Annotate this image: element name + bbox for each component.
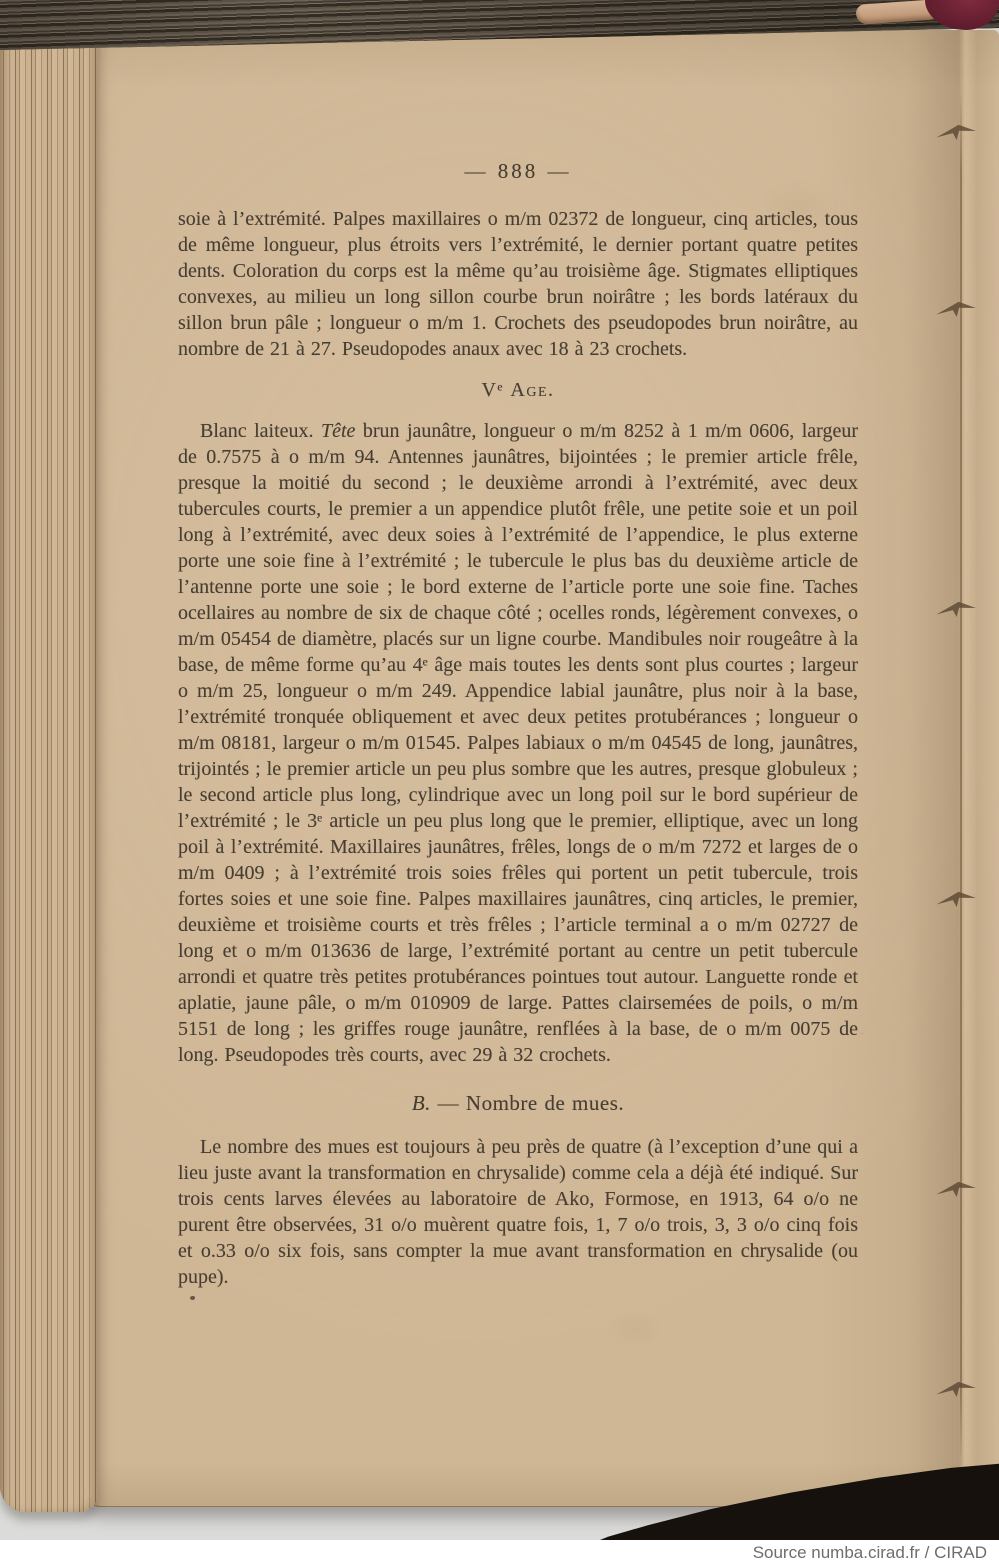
page-edge-stack [0,26,98,1512]
section-heading-nombre-de-mues: B. — Nombre de mues. [178,1090,858,1116]
stitch-thread [935,300,976,318]
section-heading-title: — Nombre de mues. [431,1091,624,1115]
stitch-thread [935,1380,976,1398]
paragraph-ve-age-italic-word: Tête [321,420,355,442]
ink-speck [190,1296,195,1300]
stitch-thread [935,600,976,618]
stitch-thread [935,123,976,141]
section-heading-letter: B. [412,1091,431,1115]
section-heading-ve-age-text: Vᵉ Age. [481,379,554,401]
book-page: — 888 — soie à l’extrémité. Palpes maxil… [88,30,999,1507]
paragraph-nombre-de-mues-text: Le nombre des mues est toujours à peu pr… [178,1136,858,1288]
stitch-thread [935,890,976,908]
paragraph-continuation-text: soie à l’extrémité. Palpes maxillaires o… [178,208,858,360]
page-number: — 888 — [178,158,858,184]
section-heading-ve-age: Vᵉ Age. [178,377,858,403]
source-attribution-text: Source numba.cirad.fr / CIRAD [753,1543,987,1562]
source-attribution-bar: Source numba.cirad.fr / CIRAD [0,1540,999,1566]
paragraph-ve-age-body: brun jaunâtre, longueur o m/m 8252 à 1 m… [178,420,858,1066]
paragraph-ve-age: Blanc laiteux. Tête brun jaunâtre, longu… [178,418,858,1068]
gutter-fold-line [960,90,962,1470]
paragraph-nombre-de-mues: Le nombre des mues est toujours à peu pr… [178,1134,858,1290]
stitch-thread [935,1180,976,1198]
book-photo: — 888 — soie à l’extrémité. Palpes maxil… [0,0,999,1540]
paragraph-continuation: soie à l’extrémité. Palpes maxillaires o… [178,206,858,362]
screenshot: — 888 — soie à l’extrémité. Palpes maxil… [0,0,999,1566]
printed-text-column: — 888 — soie à l’extrémité. Palpes maxil… [178,158,858,1290]
paragraph-ve-age-lead: Blanc laiteux. [200,420,321,442]
